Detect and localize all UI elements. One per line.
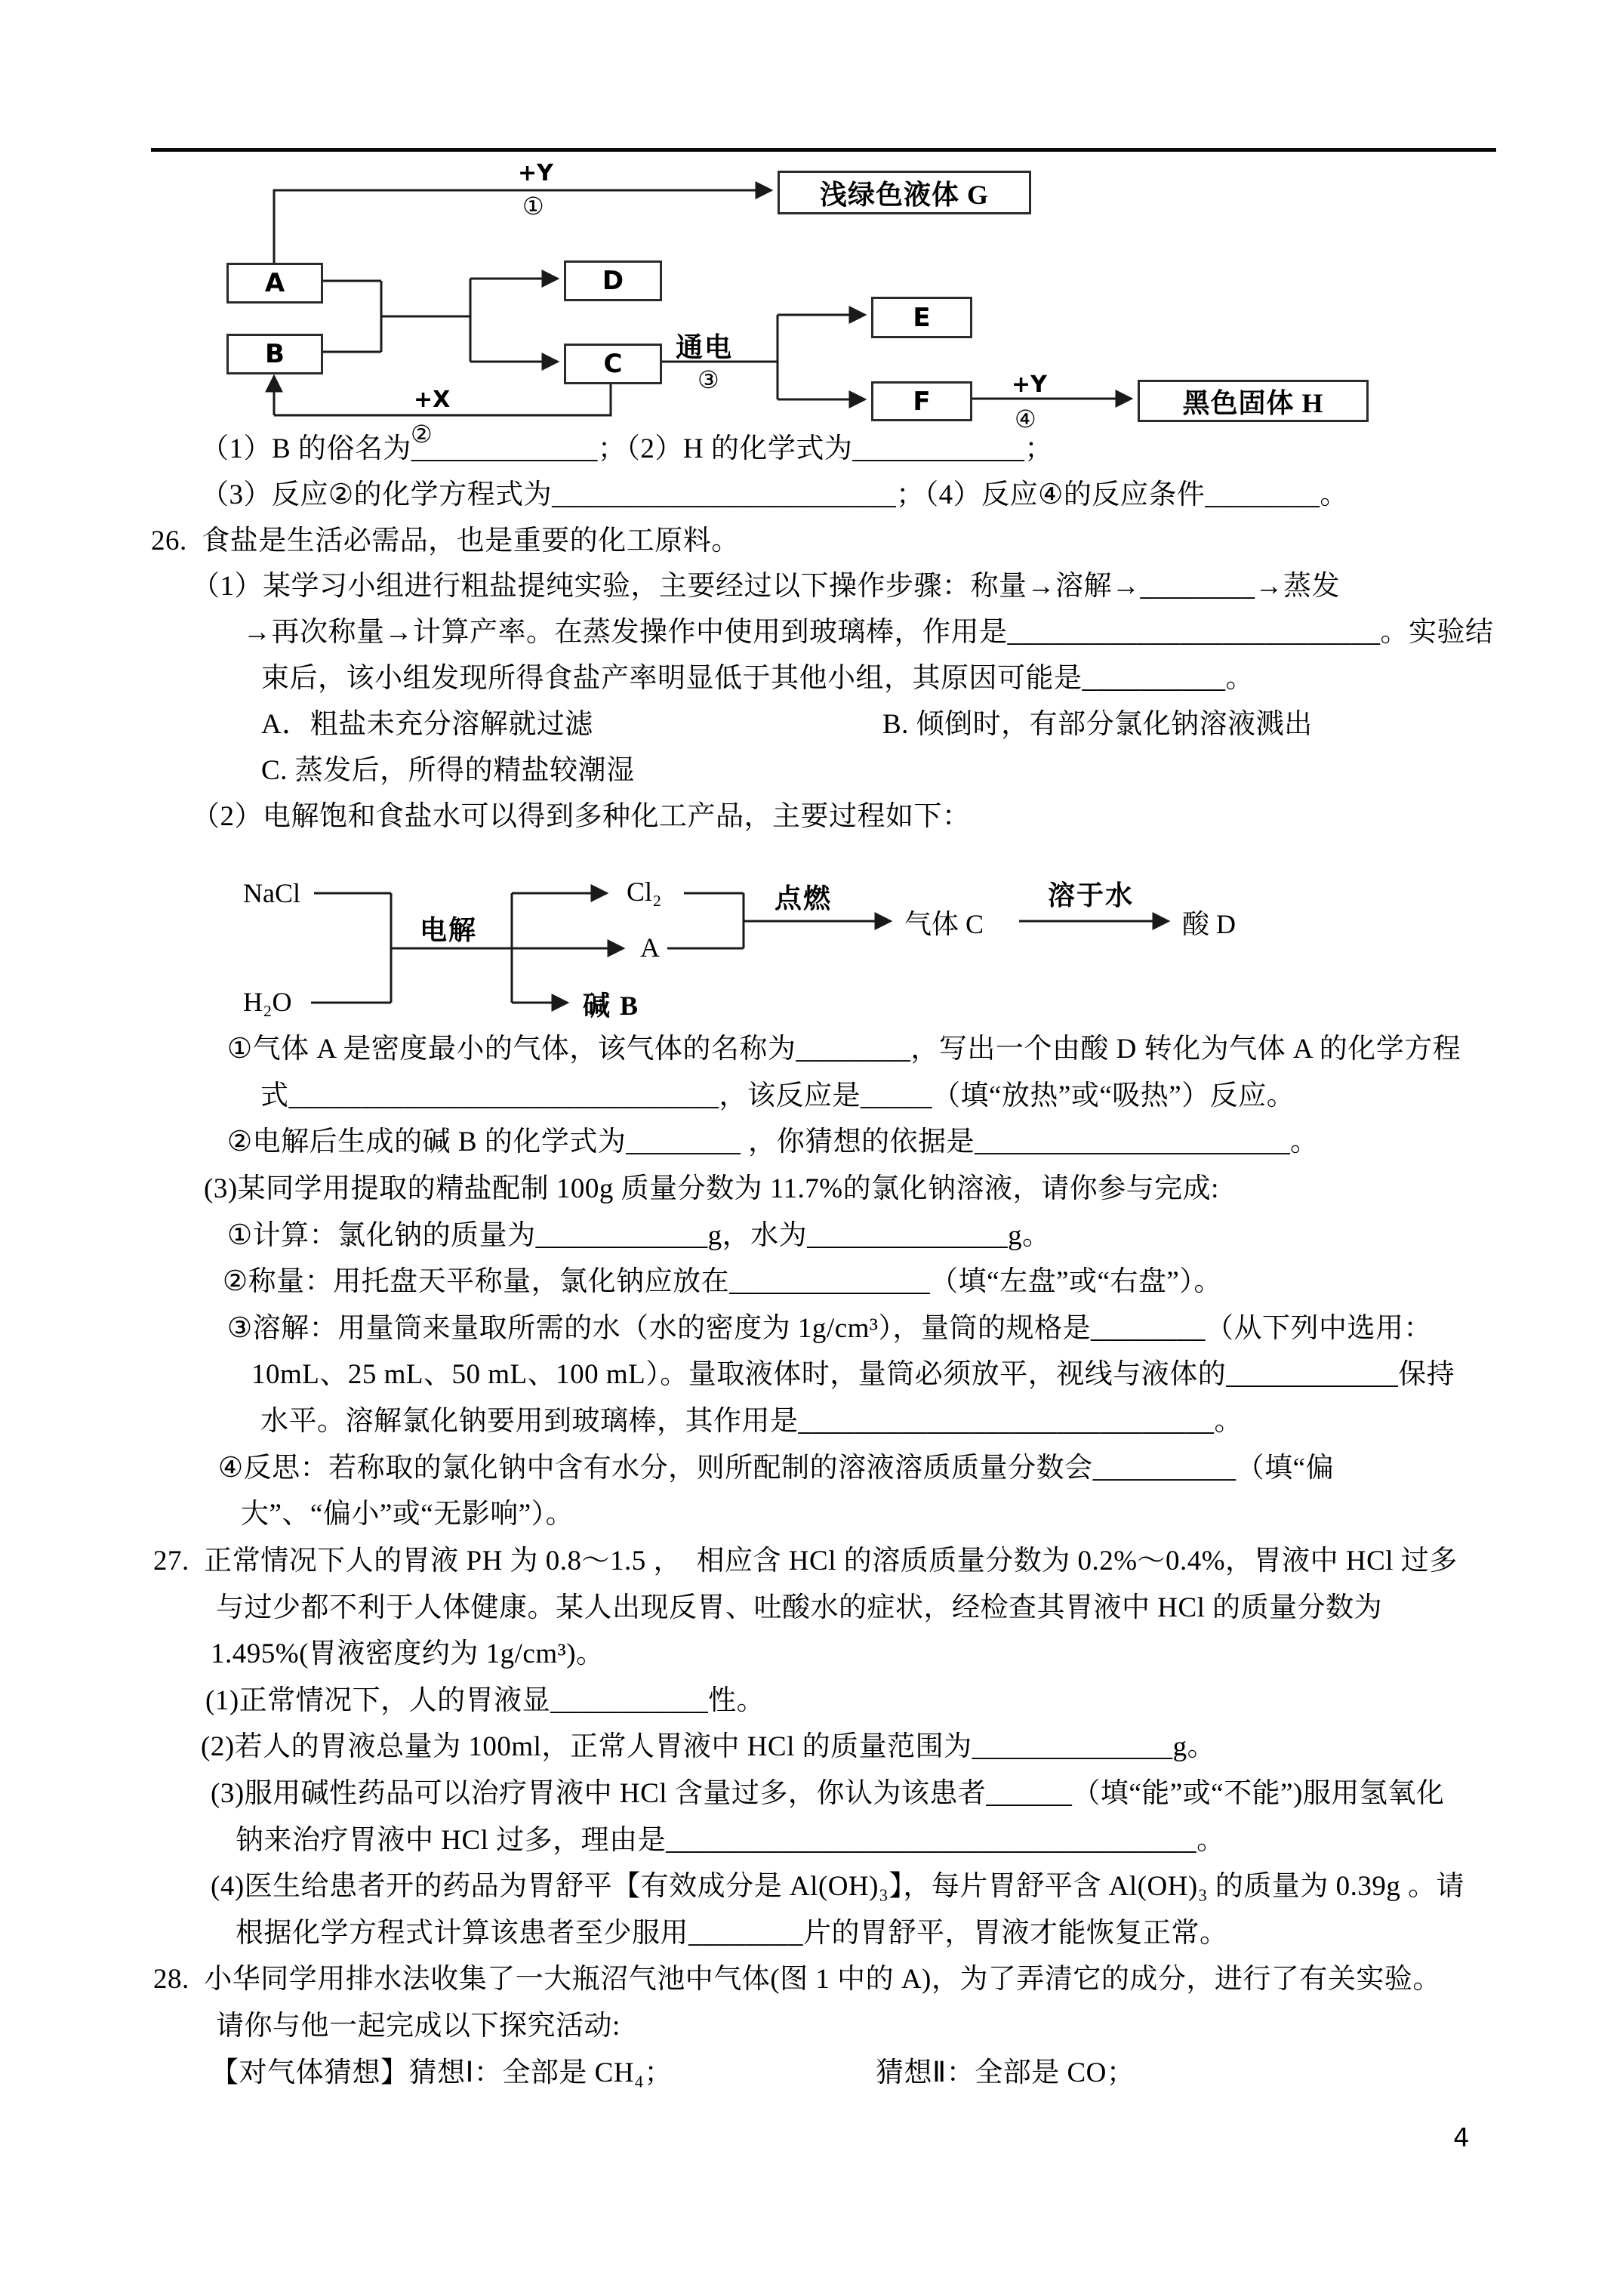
q26-3-reflect-line1: ④反思：若称取的氯化钠中含有水分，则所配制的溶液溶质质量分数会_________… [218,1451,1334,1486]
q27-sub4-line2: 根据化学方程式计算该患者至少服用________片的胃舒平，胃液才能恢复正常。 [236,1916,1228,1951]
label-plus-x: +X [414,387,450,413]
label-electrify: 通电 [676,326,733,365]
q28-guess-2: 猜想Ⅱ：全部是 CO； [876,2056,1135,2091]
q27-sub4-line1: (4)医生给患者开的药品为胃舒平【有效成分是 Al(OH)₃】，每片胃舒平含 A… [211,1869,1464,1904]
box-e: E [871,297,972,338]
top-divider [151,148,1496,152]
fc2-cl2: Cl₂ [627,876,662,908]
q27-stem-line1: 27. 正常情况下人的胃液 PH 为 0.8～1.5 ， 相应含 HCl 的溶质… [153,1544,1458,1579]
box-e-label: E [913,303,930,333]
q26-3-dissolve-line2: 10mL、25 mL、50 mL、100 mL）。量取液体时，量筒必须放平，视线… [251,1358,1455,1392]
box-c: C [564,344,662,384]
fc2-acid-d: 酸 D [1182,903,1236,942]
fc2-dissolve-in-water-label: 溶于水 [1048,874,1134,913]
q26-2-sub1-line2: 式______________________________，该反应是____… [260,1079,1295,1114]
box-c-label: C [604,349,623,379]
label-step-3-icon: ③ [698,365,719,394]
fc2-nacl: NaCl [243,877,300,909]
box-black-solid-h: 黑色固体 H [1138,380,1369,422]
q26-2-sub1-line1: ①气体 A 是密度最小的气体，该气体的名称为________，写出一个由酸 D … [227,1032,1461,1067]
q26-3-reflect-line2: 大”、“偏小”或“无影响”）。 [241,1497,574,1532]
q26-2-sub2: ②电解后生成的碱 B 的化学式为________ ，你猜想的依据是_______… [227,1125,1319,1160]
fc2-ignite-label: 点燃 [775,877,832,916]
q26-stem: 26. 食盐是生活必需品，也是重要的化工原料。 [151,524,740,559]
q27-stem-line2: 与过少都不利于人体健康。某人出现反胃、吐酸水的症状，经检查其胃液中 HCl 的质… [216,1591,1382,1626]
q26-3-weigh: ②称量：用托盘天平称量，氯化钠应放在______________（填“左盘”或“… [223,1265,1222,1299]
label-step-1-icon: ① [522,192,544,220]
q26-3-intro: (3)某同学用提取的精盐配制 100g 质量分数为 11.7%的氯化钠溶液，请你… [204,1172,1219,1207]
q26-option-a: A．粗盐未充分溶解就过滤 [261,707,593,742]
fc2-electrolysis-label: 电解 [420,909,477,948]
box-f-label: F [913,387,930,417]
q27-sub2: (2)若人的胃液总量为 100ml，正常人胃液中 HCl 的质量范围为_____… [201,1730,1215,1764]
q28-stem-line1: 28. 小华同学用排水法收集了一大瓶沼气池中气体(图 1 中的 A)，为了弄清它… [153,1962,1441,1997]
q27-stem-line3: 1.495%(胃液密度约为 1g/cm³)。 [211,1637,605,1672]
q28-guess-1: 【对气体猜想】猜想Ⅰ：全部是 CH₄； [211,2056,673,2091]
box-f: F [871,381,972,421]
box-a: A [226,263,323,304]
q25-blanks-1-2: （1）B 的俗名为_____________；（2）H 的化学式为_______… [201,432,1053,467]
q27-sub1: (1)正常情况下，人的胃液显___________性。 [205,1684,765,1718]
box-d: D [564,260,662,301]
q25-blanks-3-4: （3）反应②的化学方程式为________________________；（4… [201,478,1348,513]
box-b-label: B [265,339,285,369]
q26-option-c: C. 蒸发后，所得的精盐较潮湿 [261,754,635,788]
box-g-label: 浅绿色液体 G [820,174,989,212]
fc2-alkali-b: 碱 B [583,985,639,1023]
label-plus-y-2: +Y [1012,371,1047,398]
q27-sub3-line2: 钠来治疗胃液中 HCl 过多，理由是______________________… [236,1823,1225,1858]
q26-1-step-line1: （1）某学习小组进行粗盐提纯实验，主要经过以下操作步骤：称量→溶解→______… [192,569,1340,604]
q26-1-step-line2: →再次称量→计算产率。在蒸发操作中使用到玻璃棒，作用是_____________… [243,615,1494,650]
fc2-h2o: H₂O [243,986,292,1018]
q26-option-b: B. 倾倒时，有部分氯化钠溶液溅出 [882,707,1313,742]
document-page: A B D C E F 浅绿色液体 G 黑色固体 H +Y ① 通电 ③ +Y … [0,0,1623,2296]
box-h-label: 黑色固体 H [1182,382,1323,421]
fc2-a: A [640,932,660,963]
box-light-green-liquid-g: 浅绿色液体 G [778,171,1031,214]
fc2-gas-c: 气体 C [904,903,984,942]
box-d-label: D [602,266,624,296]
q26-3-dissolve-line3: 水平。溶解氯化钠要用到玻璃棒，其作用是_____________________… [260,1404,1243,1439]
box-a-label: A [265,268,285,298]
label-step-4-icon: ④ [1015,405,1036,433]
q27-sub3-line1: (3)服用碱性药品可以治疗胃液中 HCl 含量过多，你认为该患者______（填… [211,1777,1444,1811]
q28-stem-line2: 请你与他一起完成以下探究活动: [216,2009,621,2044]
page-number: 4 [1453,2123,1470,2153]
box-b: B [226,334,323,374]
q26-3-calc: ①计算：氯化钠的质量为____________g，水为_____________… [227,1219,1051,1253]
q26-2-intro: （2）电解饱和食盐水可以得到多种化工产品，主要过程如下： [192,800,971,834]
q26-1-step-line3: 束后，该小组发现所得食盐产率明显低于其他小组，其原因可能是__________。 [261,661,1254,696]
q26-3-dissolve-line1: ③溶解：用量筒来量取所需的水（水的密度为 1g/cm³），量筒的规格是_____… [227,1311,1432,1346]
label-plus-y-1: +Y [518,160,553,186]
